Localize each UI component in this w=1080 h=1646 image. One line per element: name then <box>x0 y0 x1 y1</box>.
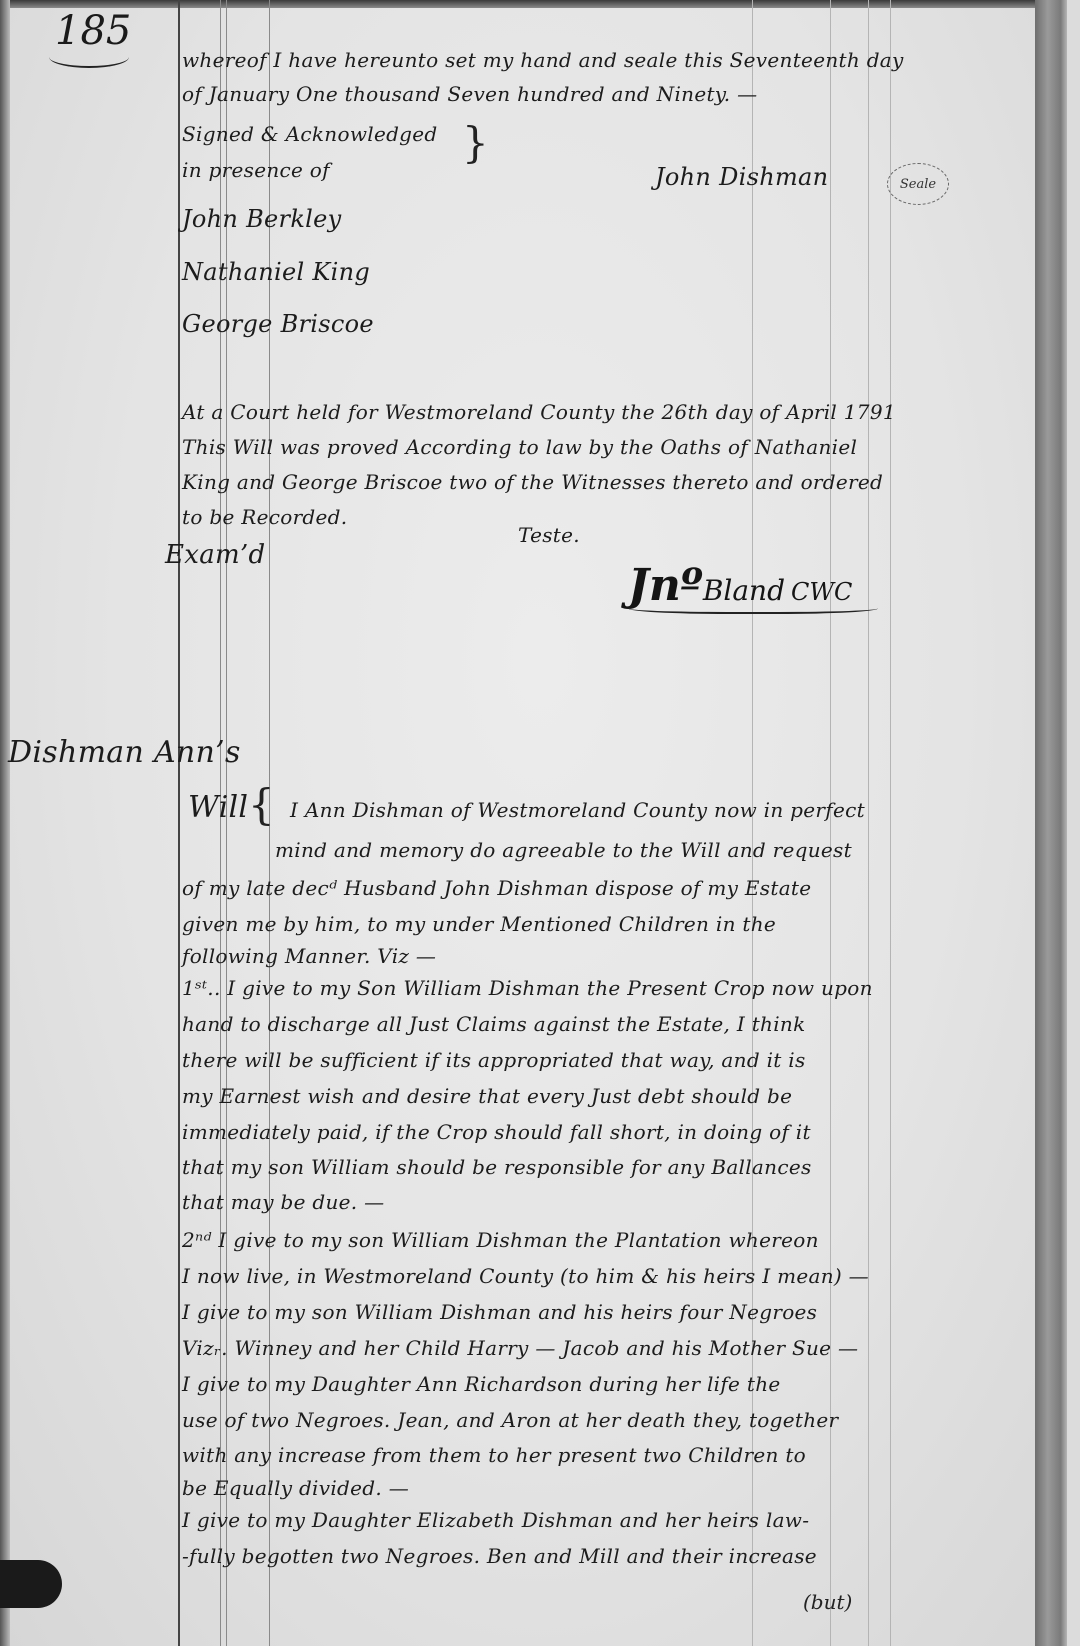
ledger-page: 185 whereof I have hereunto set my hand … <box>0 0 1080 1646</box>
clause-1-line: that my son William should be responsibl… <box>182 1155 812 1179</box>
clause-2-line: I now live, in Westmoreland County (to h… <box>182 1264 869 1288</box>
clause-2-line: use of two Negroes. Jean, and Aron at he… <box>182 1408 838 1432</box>
thumb-shadow <box>0 1560 62 1608</box>
page-top-edge <box>0 0 1080 8</box>
probate-line: At a Court held for Westmoreland County … <box>182 400 896 424</box>
witness-name: George Briscoe <box>182 310 374 338</box>
probate-line: This Will was proved According to law by… <box>182 435 857 459</box>
margin-rule <box>178 0 180 1646</box>
will-text-line: I Ann Dishman of Westmoreland County now… <box>290 798 865 822</box>
page-right-margin <box>1067 0 1080 1646</box>
will-text-line: of my late decᵈ Husband John Dishman dis… <box>182 876 811 900</box>
teste-label: Teste. <box>518 523 580 547</box>
clause-2-line: 2ⁿᵈ I give to my son William Dishman the… <box>182 1228 819 1252</box>
clause-1-line: 1ˢᵗ.. I give to my Son William Dishman t… <box>182 976 873 1000</box>
margin-heading: Dishman Ann’s <box>8 735 241 770</box>
will-text-line: following Manner. Viz — <box>182 944 436 968</box>
clause-1-line: my Earnest wish and desire that every Ju… <box>182 1084 792 1108</box>
witness-name: John Berkley <box>182 205 342 233</box>
will-label: Will <box>188 790 248 825</box>
seal-label: Seale <box>900 177 936 192</box>
probate-line: King and George Briscoe two of the Witne… <box>182 470 883 494</box>
clause-1-line: hand to discharge all Just Claims agains… <box>182 1012 806 1036</box>
clause-2-line: Vizᵣ. Winney and her Child Harry — Jacob… <box>182 1336 858 1360</box>
ruling-line <box>830 0 831 1646</box>
signature-flourish <box>628 600 878 614</box>
ruling-line <box>868 0 869 1646</box>
page-number: 185 <box>55 8 131 54</box>
ruling-line <box>752 0 753 1646</box>
seal-mark: Seale <box>887 163 949 205</box>
will-text-line: mind and memory do agreeable to the Will… <box>275 838 852 862</box>
clause-1-line: there will be sufficient if its appropri… <box>182 1048 806 1072</box>
ruling-line <box>890 0 891 1646</box>
page-left-edge <box>0 0 10 1646</box>
clause-2-line: -fully begotten two Negroes. Ben and Mil… <box>182 1544 817 1568</box>
clause-1-line: immediately paid, if the Crop should fal… <box>182 1120 811 1144</box>
clause-2-line: be Equally divided. — <box>182 1476 409 1500</box>
clause-2-line: I give to my son William Dishman and his… <box>182 1300 817 1324</box>
book-binding-gutter <box>1035 0 1067 1646</box>
clause-2-line: I give to my Daughter Elizabeth Dishman … <box>182 1508 809 1532</box>
will-closing-line: of January One thousand Seven hundred an… <box>182 82 757 106</box>
attestation-brace: } <box>462 118 489 167</box>
will-brace: { <box>248 780 275 829</box>
clerk-signature: JnºBlandCWC <box>628 560 852 611</box>
examined-mark: Exam’d <box>165 540 266 570</box>
clause-1-line: that may be due. — <box>182 1190 384 1214</box>
will-text-line: given me by him, to my under Mentioned C… <box>182 912 776 936</box>
witness-name: Nathaniel King <box>182 258 370 286</box>
testator-signature: John Dishman <box>655 163 828 191</box>
will-closing-line: whereof I have hereunto set my hand and … <box>182 48 904 72</box>
catchword: (but) <box>803 1590 852 1614</box>
probate-line: to be Recorded. <box>182 505 347 529</box>
attestation-line: in presence of <box>182 158 330 182</box>
clause-2-line: I give to my Daughter Ann Richardson dur… <box>182 1372 781 1396</box>
attestation-line: Signed & Acknowledged <box>182 122 438 146</box>
clause-2-line: with any increase from them to her prese… <box>182 1443 806 1467</box>
